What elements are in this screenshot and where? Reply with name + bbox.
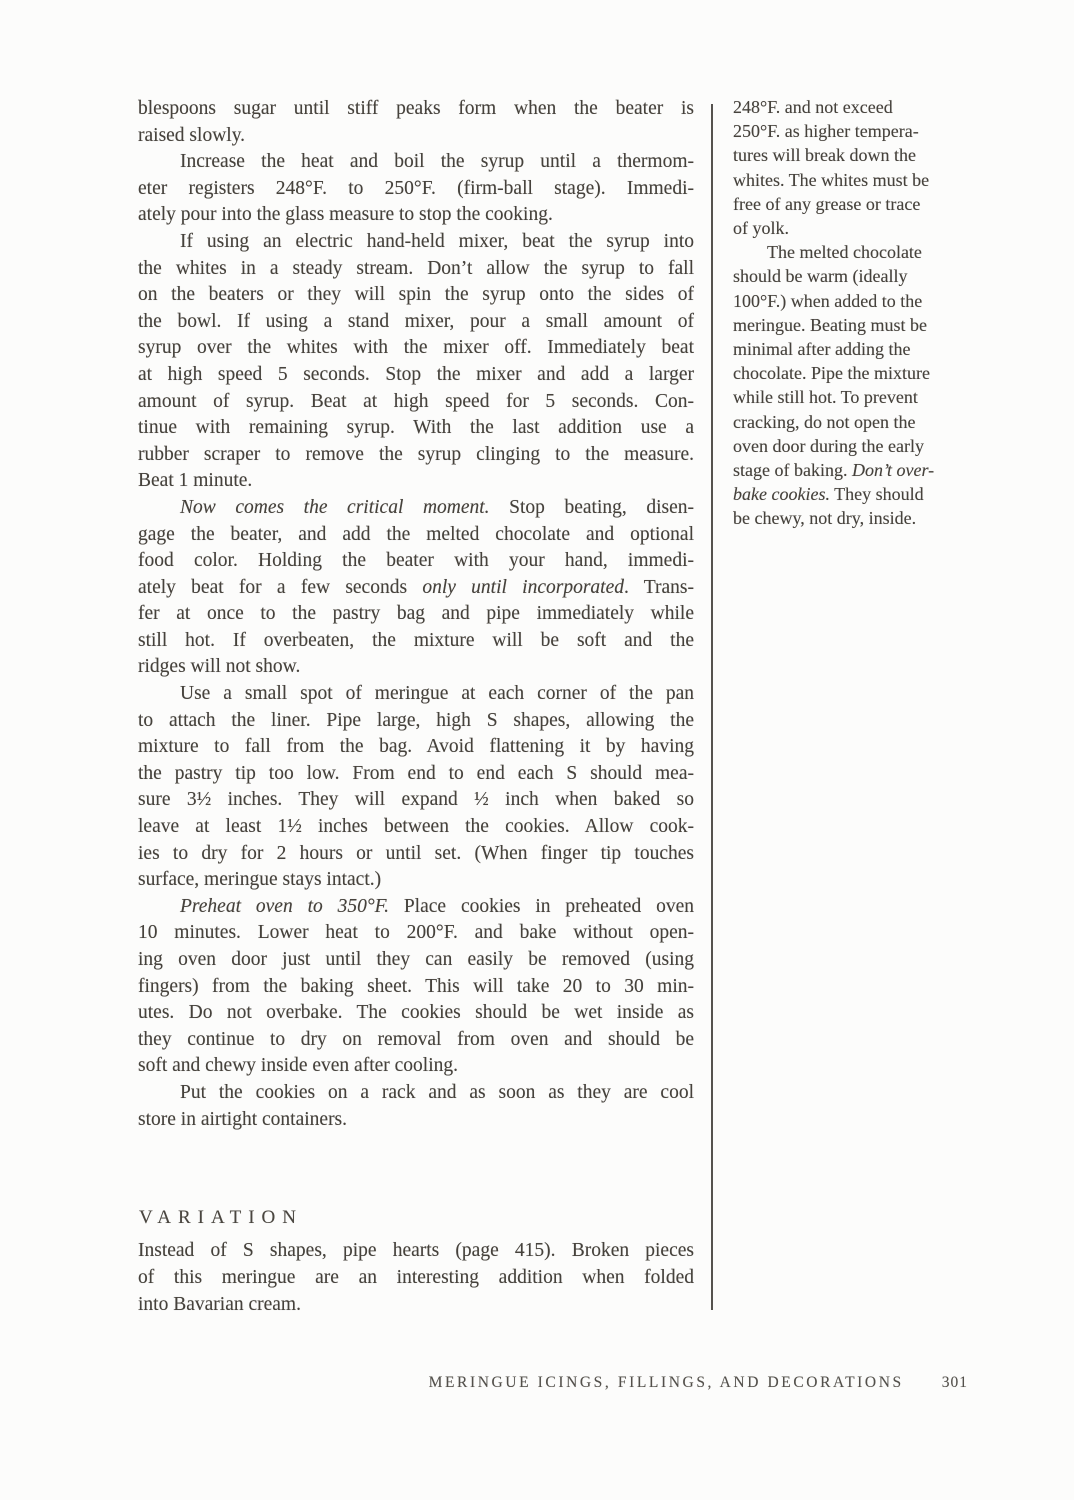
text-line: gage the beater, and add the melted choc…	[138, 522, 694, 549]
text-line: fingers) from the baking sheet. This wil…	[138, 974, 694, 1001]
text-line: mixture to fall from the bag. Avoid flat…	[138, 734, 694, 761]
text-line: eter registers 248°F. to 250°F. (firm-ba…	[138, 176, 694, 203]
running-footer: MERINGUE ICINGS, FILLINGS, AND DECORATIO…	[0, 1374, 968, 1392]
text-line: tures will break down the	[733, 143, 983, 167]
text-line: still hot. If overbeaten, the mixture wi…	[138, 628, 694, 655]
text-line: 248°F. and not exceed	[733, 95, 983, 119]
text-line: syrup over the whites with the mixer off…	[138, 335, 694, 362]
text-line: tinue with remaining syrup. With the las…	[138, 415, 694, 442]
text-line: minimal after adding the	[733, 337, 983, 361]
text-line: food color. Holding the beater with your…	[138, 548, 694, 575]
paragraph: 248°F. and not exceed250°F. as higher te…	[733, 95, 983, 240]
text-line: Use a small spot of meringue at each cor…	[138, 681, 694, 708]
text-line: whites. The whites must be	[733, 168, 983, 192]
paragraph: If using an electric hand-held mixer, be…	[138, 229, 694, 495]
text-line: 250°F. as higher tempera-	[733, 119, 983, 143]
text-line: surface, meringue stays intact.)	[138, 867, 694, 894]
text-line: meringue. Beating must be	[733, 313, 983, 337]
text-line: cracking, do not open the	[733, 410, 983, 434]
text-line: oven door during the early	[733, 434, 983, 458]
text-line: leave at least 1½ inches between the coo…	[138, 814, 694, 841]
text-line: the whites in a steady stream. Don’t all…	[138, 256, 694, 283]
text-line: ing oven door just until they can easily…	[138, 947, 694, 974]
text-line: while still hot. To prevent	[733, 385, 983, 409]
paragraph: Instead of S shapes, pipe hearts (page 4…	[138, 1238, 694, 1318]
footer-page-number: 301	[942, 1374, 968, 1392]
main-text-column: blespoons sugar until stiff peaks form w…	[138, 96, 694, 1133]
text-line: utes. Do not overbake. The cookies shoul…	[138, 1000, 694, 1027]
text-line: Put the cookies on a rack and as soon as…	[138, 1080, 694, 1107]
text-line: rubber scraper to remove the syrup cling…	[138, 442, 694, 469]
paragraph: Preheat oven to 350°F. Place cookies in …	[138, 894, 694, 1080]
text-line: into Bavarian cream.	[138, 1292, 694, 1319]
footer-chapter-title: MERINGUE ICINGS, FILLINGS, AND DECORATIO…	[429, 1374, 904, 1392]
text-line: ately beat for a few seconds only until …	[138, 575, 694, 602]
text-line: ies to dry for 2 hours or until set. (Wh…	[138, 841, 694, 868]
text-line: soft and chewy inside even after cooling…	[138, 1053, 694, 1080]
text-line: ridges will not show.	[138, 654, 694, 681]
text-line: 10 minutes. Lower heat to 200°F. and bak…	[138, 920, 694, 947]
text-line: Increase the heat and boil the syrup unt…	[138, 149, 694, 176]
variation-paragraph: Instead of S shapes, pipe hearts (page 4…	[138, 1238, 694, 1318]
text-line: to attach the liner. Pipe large, high S …	[138, 708, 694, 735]
text-line: Now comes the critical moment. Stop beat…	[138, 495, 694, 522]
sidebar-notes-column: 248°F. and not exceed250°F. as higher te…	[733, 95, 983, 531]
paragraph: The melted chocolateshould be warm (idea…	[733, 240, 983, 530]
book-page: blespoons sugar until stiff peaks form w…	[0, 0, 1074, 1500]
variation-heading: VARIATION	[139, 1207, 303, 1229]
text-line: Instead of S shapes, pipe hearts (page 4…	[138, 1238, 694, 1265]
text-line: free of any grease or trace	[733, 192, 983, 216]
text-line: store in airtight containers.	[138, 1107, 694, 1134]
text-line: of this meringue are an interesting addi…	[138, 1265, 694, 1292]
text-line: be chewy, not dry, inside.	[733, 506, 983, 530]
paragraph: Now comes the critical moment. Stop beat…	[138, 495, 694, 681]
text-line: If using an electric hand-held mixer, be…	[138, 229, 694, 256]
text-line: Beat 1 minute.	[138, 468, 694, 495]
text-line: the pastry tip too low. From end to end …	[138, 761, 694, 788]
text-line: 100°F.) when added to the	[733, 289, 983, 313]
text-line: chocolate. Pipe the mixture	[733, 361, 983, 385]
text-line: stage of baking. Don’t over-	[733, 458, 983, 482]
text-line: fer at once to the pastry bag and pipe i…	[138, 601, 694, 628]
text-line: on the beaters or they will spin the syr…	[138, 282, 694, 309]
text-line: at high speed 5 seconds. Stop the mixer …	[138, 362, 694, 389]
paragraph: Put the cookies on a rack and as soon as…	[138, 1080, 694, 1133]
text-line: amount of syrup. Beat at high speed for …	[138, 389, 694, 416]
text-line: The melted chocolate	[733, 240, 983, 264]
column-divider-rule	[711, 104, 713, 1310]
text-line: raised slowly.	[138, 123, 694, 150]
text-line: blespoons sugar until stiff peaks form w…	[138, 96, 694, 123]
text-line: should be warm (ideally	[733, 264, 983, 288]
text-line: ately pour into the glass measure to sto…	[138, 202, 694, 229]
text-line: Preheat oven to 350°F. Place cookies in …	[138, 894, 694, 921]
text-line: the bowl. If using a stand mixer, pour a…	[138, 309, 694, 336]
paragraph: Increase the heat and boil the syrup unt…	[138, 149, 694, 229]
text-line: they continue to dry on removal from ove…	[138, 1027, 694, 1054]
text-line: bake cookies. They should	[733, 482, 983, 506]
text-line: of yolk.	[733, 216, 983, 240]
paragraph: blespoons sugar until stiff peaks form w…	[138, 96, 694, 149]
paragraph: Use a small spot of meringue at each cor…	[138, 681, 694, 894]
text-line: sure 3½ inches. They will expand ½ inch …	[138, 787, 694, 814]
